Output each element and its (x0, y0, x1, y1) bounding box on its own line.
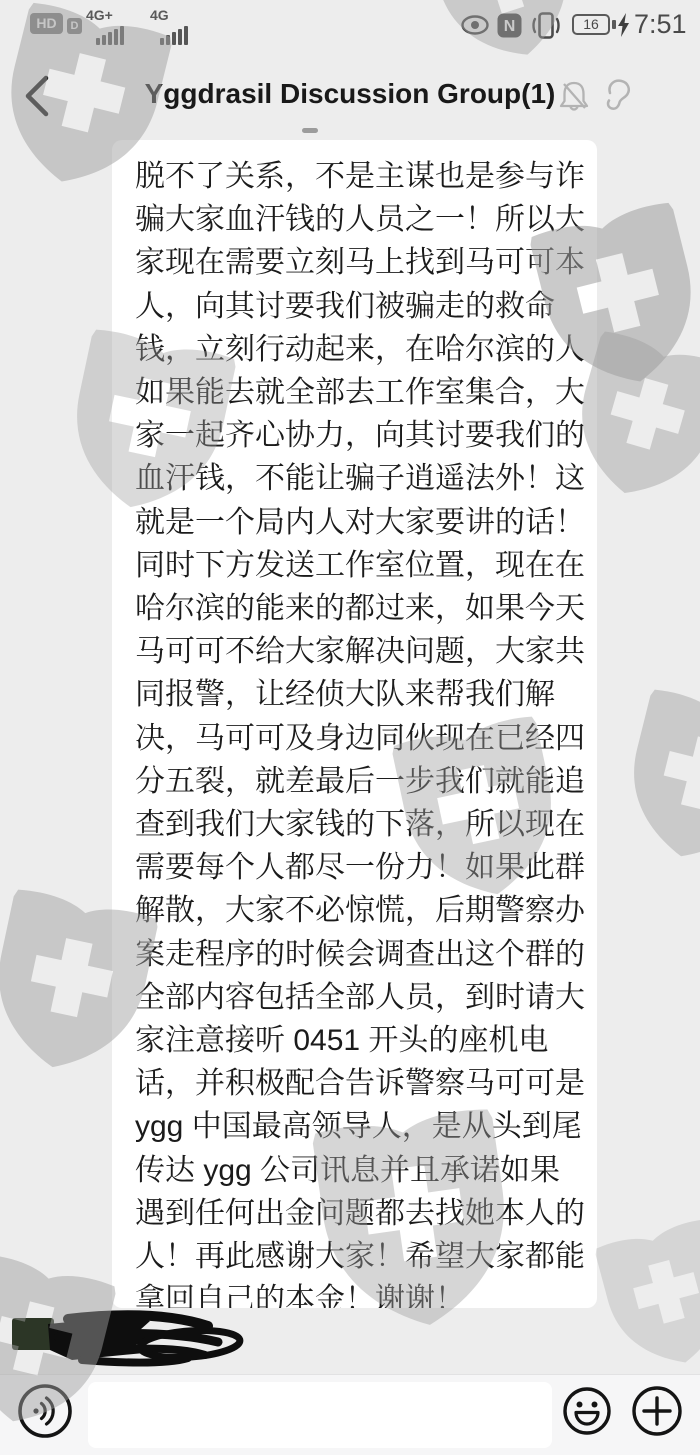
eye-comfort-icon (460, 15, 490, 35)
nfc-icon: N (497, 13, 522, 38)
shield-cross-watermark-icon (592, 1215, 700, 1381)
message-bubble: 脱不了关系，不是主谋也是参与诈骗大家血汗钱的人员之一！所以大家现在需要立刻马上找… (112, 140, 597, 1308)
redaction-scribble (10, 1292, 260, 1377)
nav-bar: Yggdrasil Discussion Group(1) (0, 50, 700, 135)
signal-bars-icon (96, 27, 124, 45)
battery-level: 16 (572, 14, 610, 35)
message-text: 脱不了关系，不是主谋也是参与诈骗大家血汗钱的人员之一！所以大家现在需要立刻马上找… (135, 155, 589, 1308)
status-bar: HD D 4G+ 4G N 16 (0, 0, 700, 50)
shield-cross-watermark-icon (612, 684, 700, 875)
mute-bell-icon (556, 76, 592, 118)
network-type-label-2: 4G (150, 7, 169, 23)
volte-hd-icon: HD (30, 13, 63, 34)
voice-message-button[interactable] (16, 1382, 74, 1440)
chat-screen: HD D 4G+ 4G N 16 (0, 0, 700, 1455)
emoji-button[interactable] (561, 1385, 613, 1437)
svg-text:N: N (504, 18, 516, 35)
charging-bolt-icon (617, 12, 631, 38)
vibrate-icon (530, 12, 562, 39)
message-input[interactable] (88, 1382, 552, 1448)
signal-bars-icon (160, 27, 188, 45)
more-actions-button[interactable] (630, 1384, 684, 1438)
earpiece-icon (601, 76, 635, 118)
group-title: Yggdrasil Discussion Group(1) (0, 78, 700, 110)
sim-d-icon: D (67, 18, 82, 34)
network-type-label-1: 4G+ (86, 7, 113, 23)
clock-time: 7:51 (634, 9, 687, 40)
battery-tip-icon (612, 20, 616, 29)
